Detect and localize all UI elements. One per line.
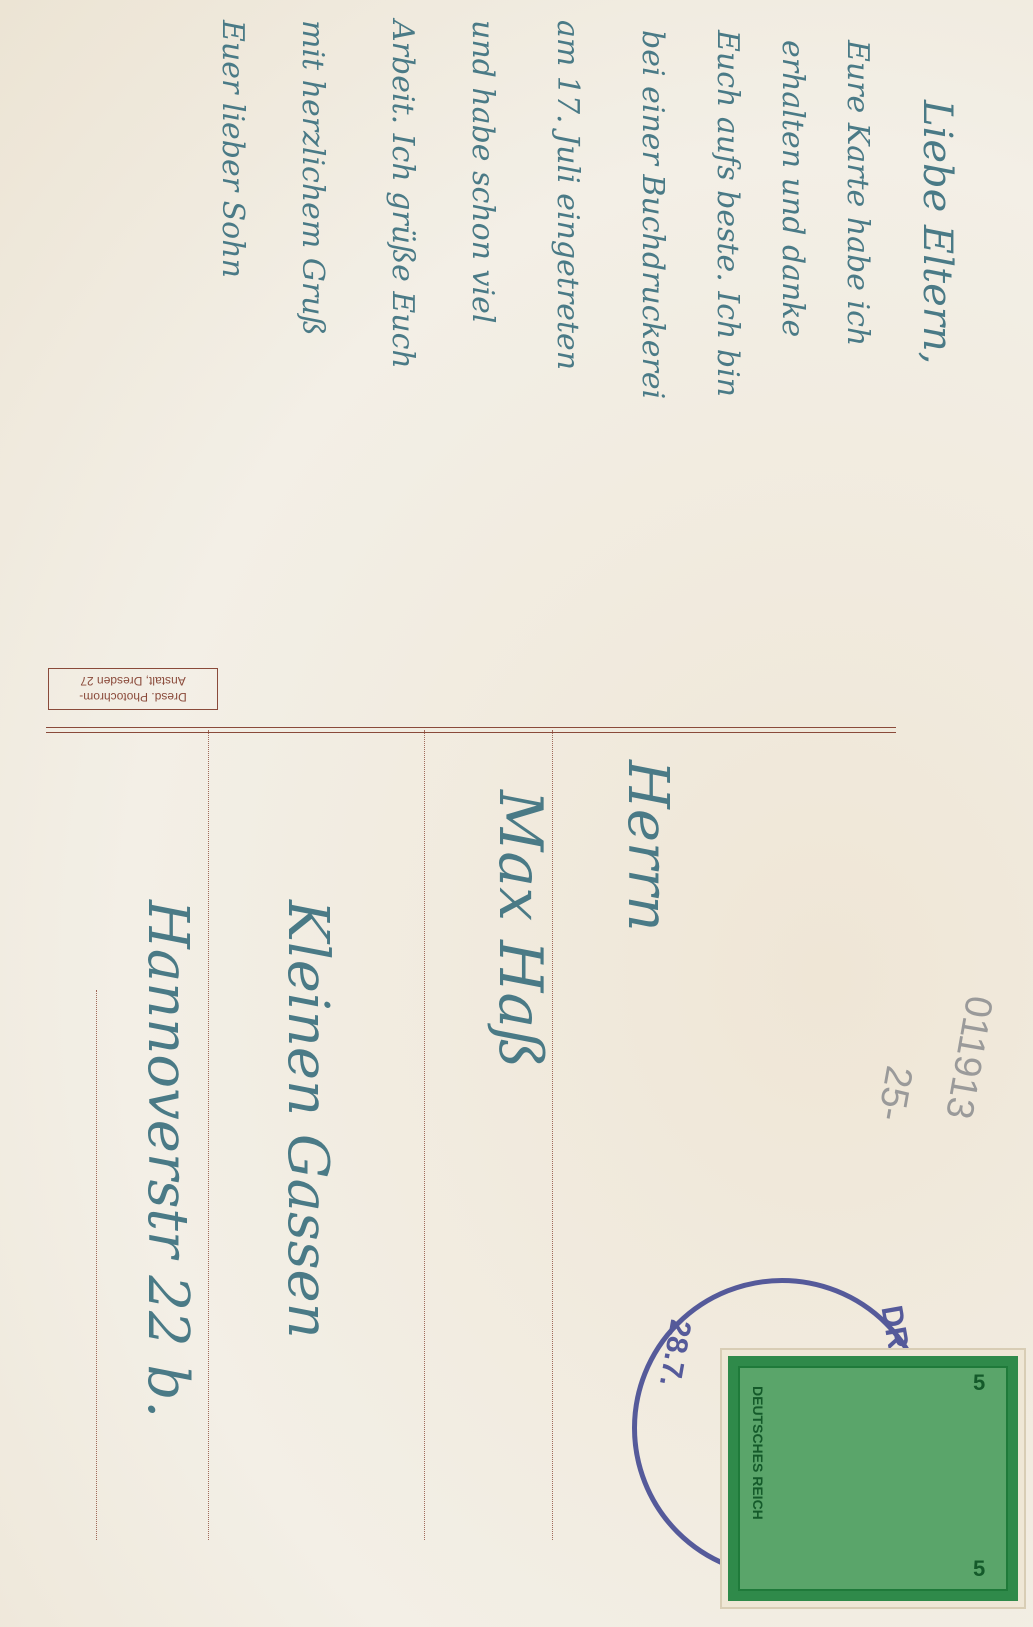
message-line: am 17. Juli eingetreten bbox=[550, 20, 585, 370]
address-city: Hannoverstr 22 b. bbox=[135, 900, 200, 1418]
imprint-line: Dresd. Photochrom- bbox=[49, 689, 217, 705]
message-line: und habe schon viel bbox=[465, 20, 500, 323]
divider-line bbox=[46, 727, 896, 733]
pencil-note: 25- bbox=[868, 1063, 920, 1125]
message-line: bei einer Buchdruckerei bbox=[635, 30, 670, 399]
pencil-note: 011913 bbox=[936, 993, 1000, 1123]
address-salutation: Herrn bbox=[615, 760, 680, 932]
postage-stamp: DEUTSCHES REICH 5 5 bbox=[722, 1350, 1024, 1607]
message-line: Arbeit. Ich grüße Euch bbox=[385, 20, 420, 369]
imprint-line: Anstalt, Dresden 27 bbox=[49, 673, 217, 689]
address-name: Max Haß bbox=[485, 790, 555, 1068]
message-line: Euch aufs beste. Ich bin bbox=[710, 30, 745, 397]
postcard-back: Liebe Eltern, Eure Karte habe ich erhalt… bbox=[0, 0, 1033, 1627]
stamp-country: DEUTSCHES REICH bbox=[750, 1386, 766, 1520]
message-line: Eure Karte habe ich bbox=[840, 40, 875, 346]
address-line bbox=[424, 730, 425, 1540]
address-line bbox=[208, 730, 209, 1540]
message-line: erhalten und danke bbox=[775, 40, 810, 337]
postmark-date: 28.7. bbox=[652, 1317, 697, 1389]
stamp-value: 5 bbox=[973, 1370, 985, 1396]
message-line: Liebe Eltern, bbox=[914, 100, 960, 364]
message-line: Euer lieber Sohn bbox=[215, 20, 250, 278]
message-line: mit herzlichem Gruß bbox=[295, 20, 330, 336]
address-line bbox=[96, 990, 97, 1540]
publisher-imprint: Dresd. Photochrom- Anstalt, Dresden 27 bbox=[48, 668, 218, 710]
address-street: Kleinen Gassen bbox=[275, 900, 340, 1339]
stamp-value: 5 bbox=[973, 1556, 985, 1582]
